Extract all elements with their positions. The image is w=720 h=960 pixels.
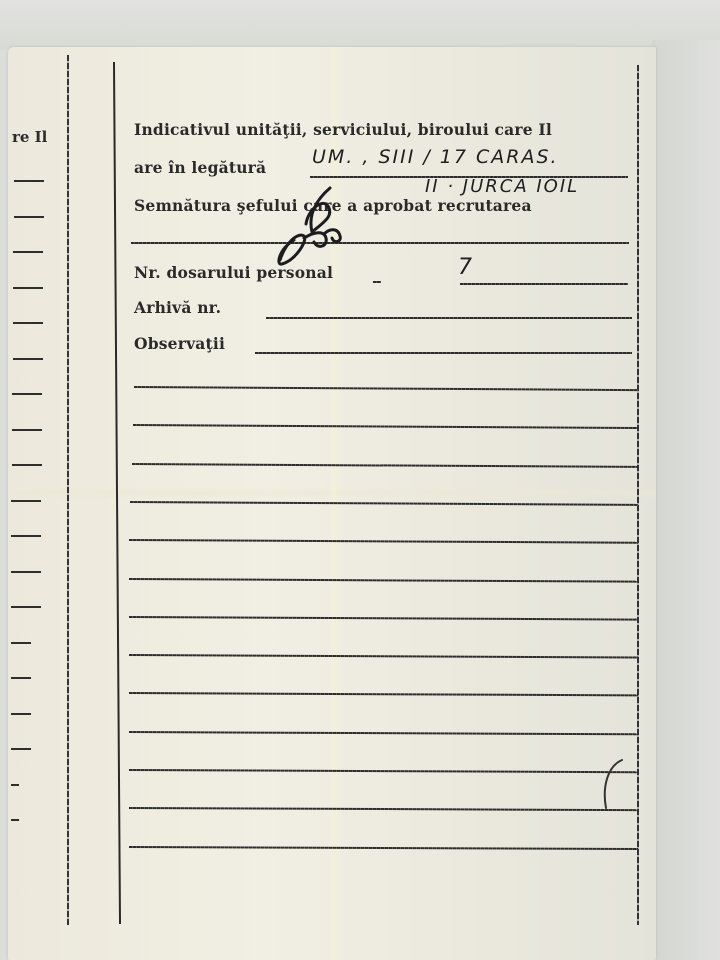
stub-mark <box>11 713 31 715</box>
stub-mark <box>11 535 41 537</box>
stub-mark <box>11 642 31 644</box>
stub-mark <box>11 500 41 502</box>
observations-line <box>255 352 632 354</box>
field-label-personal-file-number: Nr. dosarului personal <box>134 263 333 282</box>
stub-mark <box>11 748 31 750</box>
signature-field-line <box>131 242 629 244</box>
stub-mark <box>11 571 41 573</box>
stub-mark <box>11 606 41 608</box>
stub-mark <box>13 251 43 253</box>
stub-mark <box>12 393 42 395</box>
signature-mark <box>268 180 358 270</box>
stub-mark <box>13 322 43 324</box>
stub-mark <box>14 216 44 218</box>
stub-mark <box>12 429 42 431</box>
unit-handwritten-value: UM. , SIII / 17 CARAS. <box>312 146 559 168</box>
stub-mark <box>13 287 43 289</box>
stub-mark <box>11 784 19 786</box>
background-surface-right <box>652 40 720 960</box>
personal-file-number-line <box>373 281 381 283</box>
background-surface <box>0 0 720 50</box>
personal-file-number-value: 7 <box>458 255 474 280</box>
personal-file-number-line-2 <box>460 283 628 285</box>
stub-mark <box>13 358 43 360</box>
unit-handwritten-value-line2: II · JURCA IOIL <box>425 176 579 197</box>
field-label-unit-line1: Indicativul unităţii, serviciului, birou… <box>134 120 552 139</box>
archive-number-line <box>266 317 632 319</box>
stub-fragment-text: re Il <box>12 128 47 146</box>
field-label-archive-number: Arhivă nr. <box>134 298 221 317</box>
field-label-observations: Observaţii <box>134 334 225 353</box>
perforation-line <box>67 55 69 925</box>
pen-mark <box>592 756 632 816</box>
stub-mark <box>11 819 19 821</box>
stub-mark <box>14 180 44 182</box>
field-label-unit-line2: are în legătură <box>134 158 266 177</box>
form-right-border <box>637 65 639 925</box>
stub-mark <box>12 464 42 466</box>
stub-mark <box>11 677 31 679</box>
